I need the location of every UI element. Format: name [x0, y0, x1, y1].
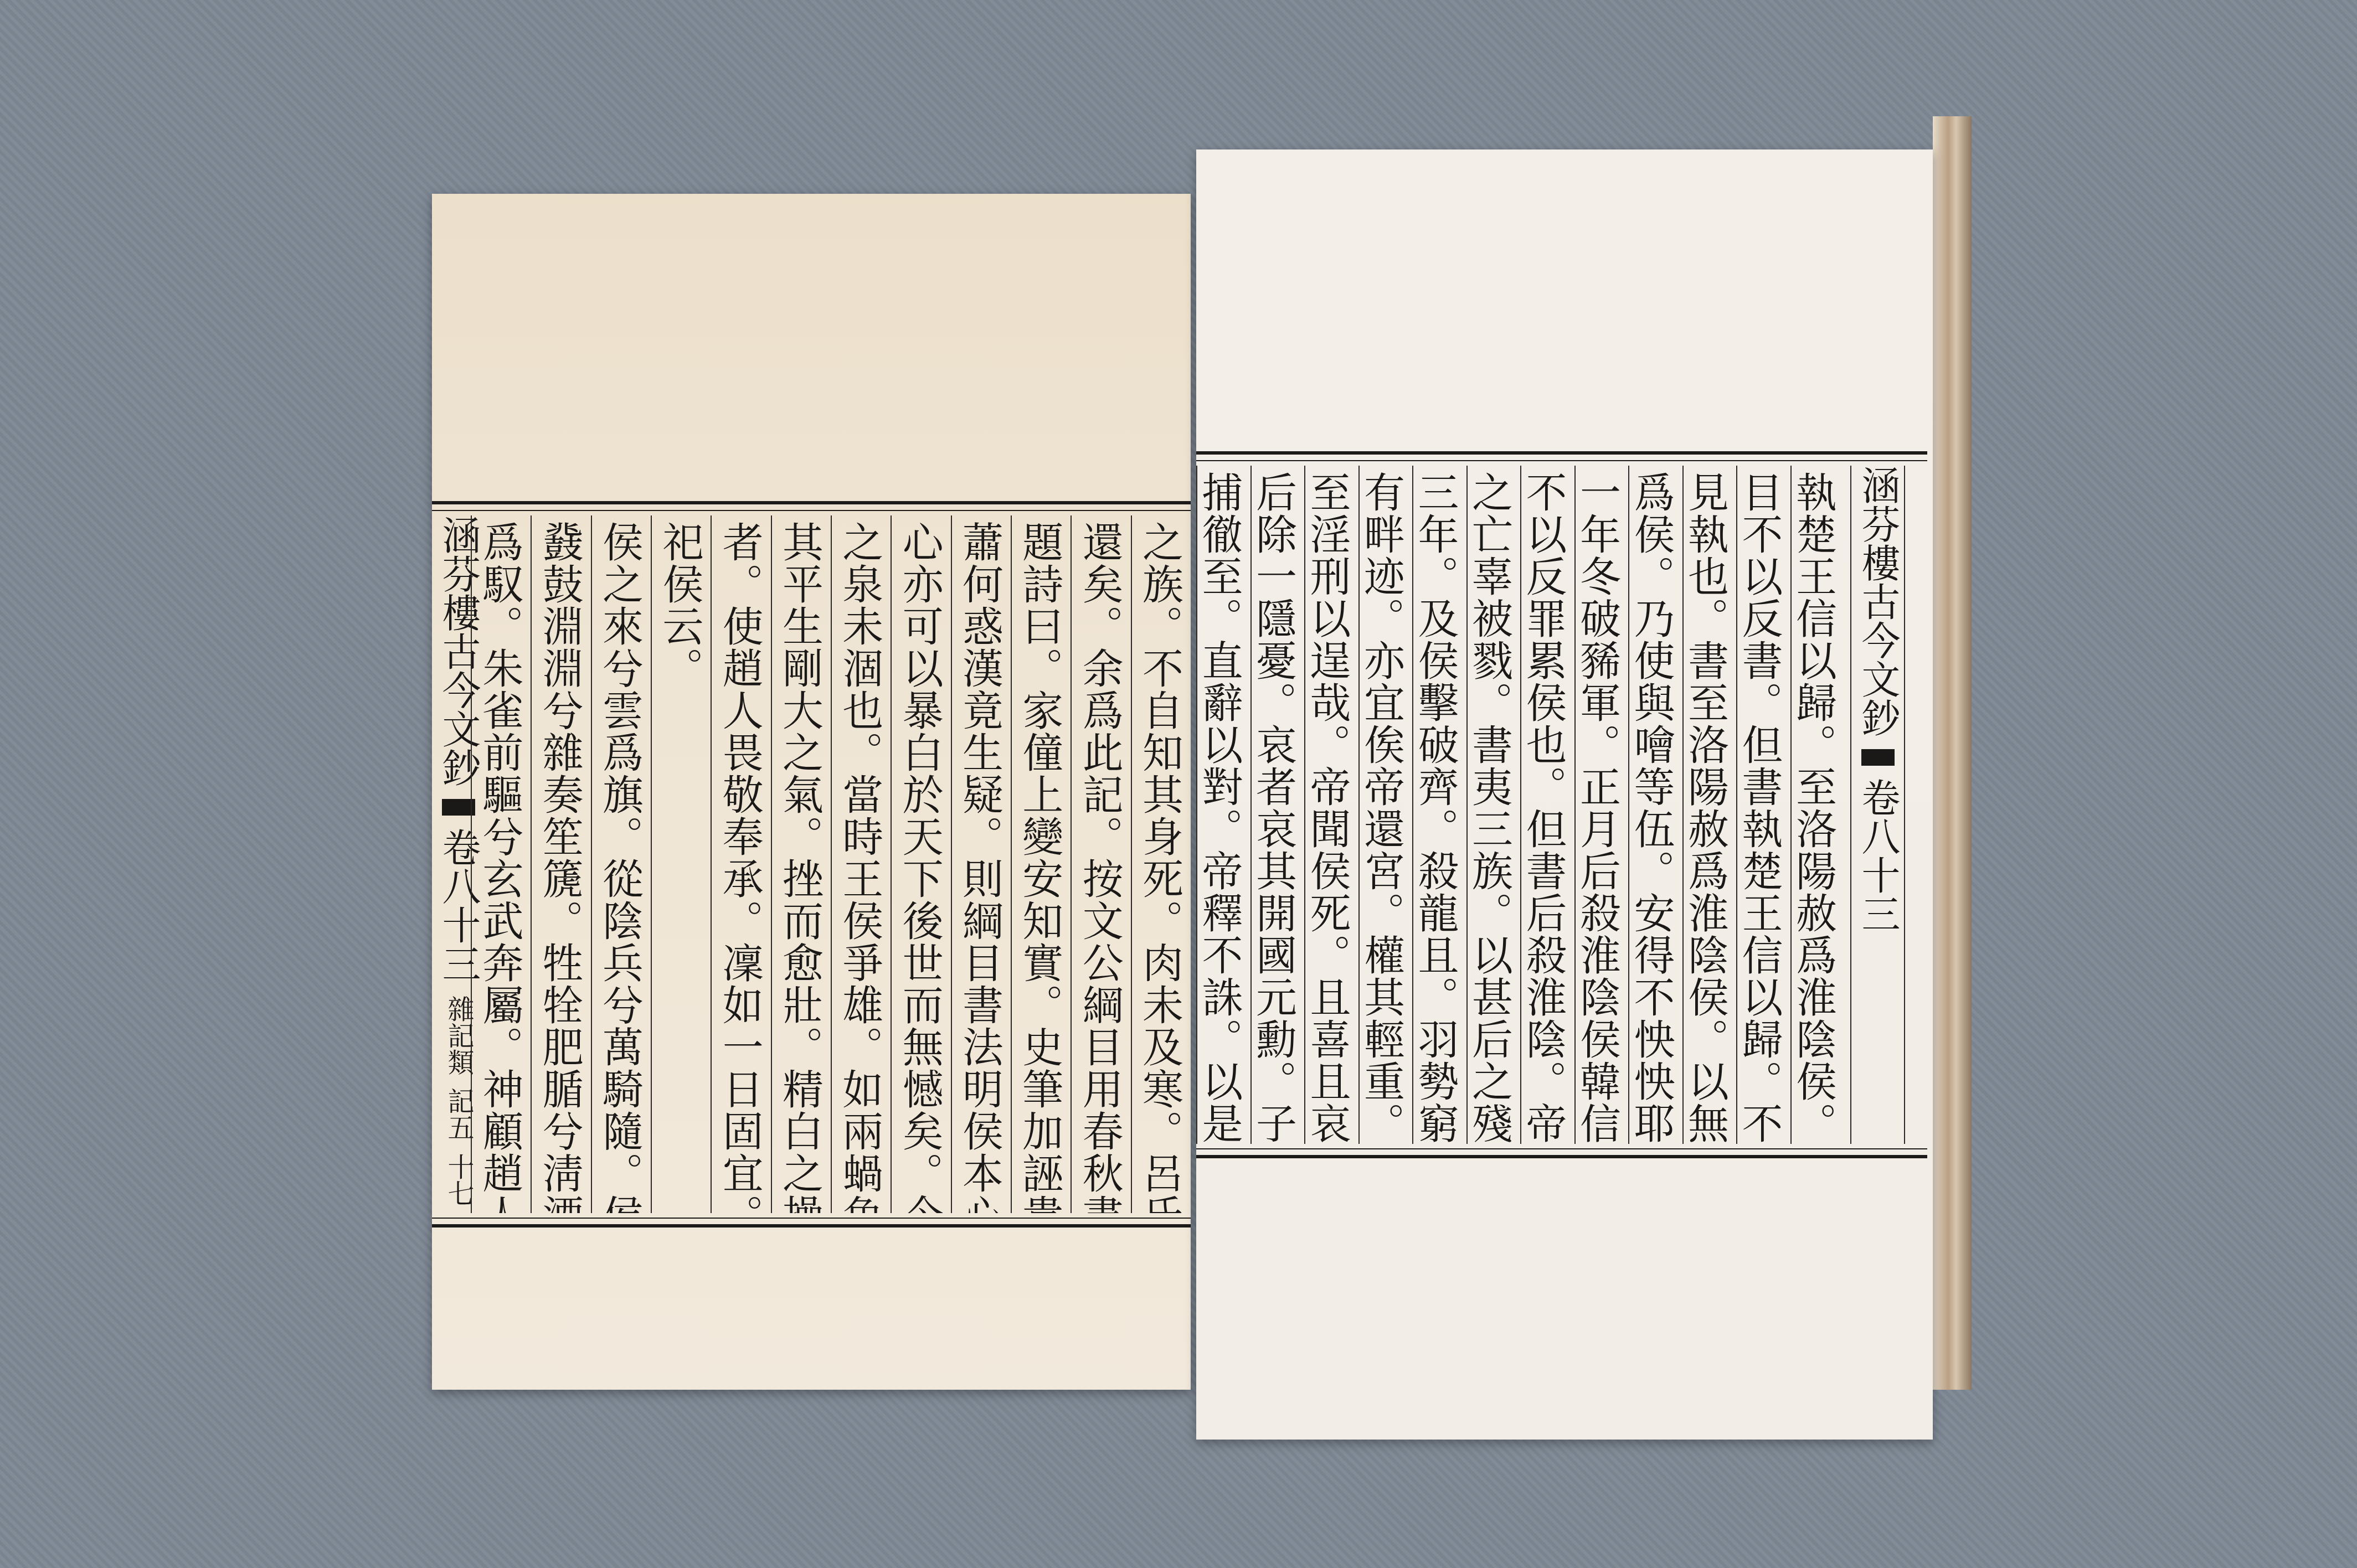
margin-section: 記五	[443, 1087, 474, 1141]
book-page-stack-edge	[1933, 116, 1972, 1390]
text-column: 不以反罪累侯也。但書后殺淮陰。帝方在代。罪后之擅殺功臣。不去侯爵。以見侯	[1520, 466, 1574, 1144]
fish-tail-mark-icon	[1861, 749, 1895, 766]
text-column: 爲馭。朱雀前驅兮玄武奔屬。神顧趙人兮容與。錫爾多福兮驅疫癘。祈暘得暘兮	[471, 515, 531, 1213]
left-page: 涵芬樓古今文鈔 卷八十三 雜記類 記五 十七 之族。不自知其身死。肉未及寒。呂氏…	[432, 194, 1191, 1390]
left-text-frame: 涵芬樓古今文鈔 卷八十三 雜記類 記五 十七 之族。不自知其身死。肉未及寒。呂氏…	[432, 501, 1191, 1227]
text-column: 其平生剛大之氣。挫而愈壯。精白之操。涅而不緇。自有不依形而立。不恃勢而存	[771, 515, 831, 1213]
text-column: 心亦可以暴白於天下後世而無憾矣。今去侯千有餘載。井陘之道猶故也。白鹿	[891, 515, 950, 1213]
text-column: 三年。及侯擊破齊。殺龍且。羽勢窮求和。后乃得歸。正位中宮。微侯之力不及此。果	[1412, 466, 1466, 1144]
margin-page-number: 十七	[443, 1153, 474, 1206]
text-column: 蕭何惑漢竟生疑。則綱目書法明侯本心者。非一人私言。乃萬世之公論。而侯之	[951, 515, 1011, 1213]
text-column: 之族。不自知其身死。肉未及寒。呂氏男女無少長。駢頸就戮。亦可以見天道之好	[1131, 515, 1191, 1213]
text-column: 還矣。余爲此記。按文公綱目用春秋書法。以明我侯忠義之本心。參以韓魏公留	[1071, 515, 1130, 1213]
text-column: 一年冬破豨軍。正月后殺淮陰侯韓信。夷三族。漢史載侯約豨反。綱目削而不書。	[1574, 466, 1629, 1144]
text-column: 祀侯云。	[651, 515, 711, 1213]
text-column: 有畔迹。亦宜俟帝還宮。權其輕重。帝寬大長者。藉使不免其身。亦必宥其子孫。何	[1358, 466, 1413, 1144]
right-page-margin: 涵芬樓古今文鈔 卷八十三	[1850, 466, 1905, 1144]
margin-title: 涵芬樓古今文鈔	[1855, 466, 1901, 737]
text-column: 爲侯。乃使與噲等伍。安得不怏怏耶。十年九月。書代相國陳豨反。帝自將擊之。十	[1628, 466, 1682, 1144]
text-column: 捕徹至。直辭以對。帝釋不誅。以是知帝有仁心。必不忍於赤其族也。后忍於赤人	[1196, 466, 1250, 1144]
text-column: 執楚王信以歸。至洛陽赦爲淮陰侯。蓋楚人告變。特飛語耳。實未有反謀也。故綱	[1790, 466, 1845, 1144]
right-text-frame: 執楚王信以歸。至洛陽赦爲淮陰侯。蓋楚人告變。特飛語耳。實未有反謀也。故綱 目不以…	[1196, 451, 1927, 1158]
text-column: 題詩曰。家僮上變安知實。史筆加誣貴有名。邵康節亦有詩曰。韓信事劉元不叛。	[1011, 515, 1071, 1213]
text-column: 者。使趙人畏敬奉承。凜如一日固宜。乃作迎送神之樂歌二章。俾趙人歲時歌以	[711, 515, 770, 1213]
text-column: 侯之來兮雲爲旗。從陰兵兮萬騎隨。侯入新廟兮水之湄。柱石桓桓兮神貌巍巍。	[591, 515, 651, 1213]
text-column: 至淫刑以逞哉。帝聞侯死。且喜且哀。嗟乎人心天理。不容泯滅。喜者喜其假手呂	[1304, 466, 1358, 1144]
right-page: 執楚王信以歸。至洛陽赦爲淮陰侯。蓋楚人告變。特飛語耳。實未有反謀也。故綱 目不以…	[1196, 149, 1933, 1440]
text-column: 后除一隱憂。哀者哀其開國元勳。子無噍類。且問將死何言。曰悔不用蒯徹計。帝	[1250, 466, 1305, 1144]
margin-volume: 卷八十三	[1855, 778, 1901, 933]
left-text-columns: 之族。不自知其身死。肉未及寒。呂氏男女無少長。駢頸就戮。亦可以見天道之好 還矣。…	[471, 515, 1191, 1213]
text-column: 之泉未涸也。當時王侯爭雄。如兩蝸角。莽爲陳迹。而侯之廟食茲土。英靈如生。由	[831, 515, 891, 1213]
right-text-columns: 執楚王信以歸。至洛陽赦爲淮陰侯。蓋楚人告變。特飛語耳。實未有反謀也。故綱 目不以…	[1196, 466, 1844, 1144]
margin-category: 雜記類	[443, 996, 474, 1075]
text-column: 見執也。書至洛陽赦爲淮陰侯。以無故而被執。則亦何罪之可赦。又以何罪降而	[1682, 466, 1737, 1144]
fish-tail-mark-icon	[442, 799, 475, 816]
text-column: 之亡辜被戮。書夷三族。以甚后之殘忍也。后曷不念昔彭城破。爲楚軍所虜。困辱	[1466, 466, 1521, 1144]
text-column: 目不以反書。但書執楚王信以歸。不書其所執之由。不去其楚王之爵。明其無故	[1736, 466, 1790, 1144]
text-column: 鼗鼓淵淵兮雜奏笙篪。牲牷肥腯兮淸酒載醨。神欣欣兮享我多儀。神之返兮風	[531, 515, 590, 1213]
